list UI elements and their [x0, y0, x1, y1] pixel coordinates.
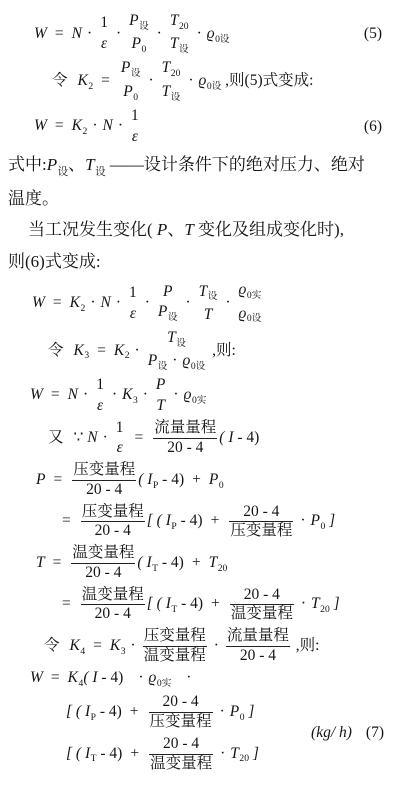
- fraction-denominator: 20 - 4: [84, 565, 122, 582]
- operator: =: [53, 554, 62, 571]
- subscripted-symbol: IT: [166, 595, 178, 612]
- symbol-base: I: [146, 554, 151, 571]
- variable: T: [156, 397, 165, 414]
- operator: +: [192, 471, 201, 488]
- fraction-numerator: P设: [120, 60, 142, 79]
- fraction-denominator: ε: [100, 36, 108, 53]
- text: 流量量程: [154, 419, 216, 436]
- fraction-denominator: ε: [131, 129, 139, 146]
- text: 、: [68, 155, 85, 174]
- variable: ε: [97, 397, 103, 414]
- fraction-numerator: T设: [166, 330, 187, 349]
- fraction: 流量量程20 - 4: [153, 420, 217, 456]
- subscripted-symbol: T设: [199, 283, 218, 300]
- operator: +: [130, 703, 139, 720]
- line-tokens: W=K2·N·1ε·PP设·T设T·ϱ0实ϱ0设: [32, 294, 264, 311]
- text: 20 - 4: [162, 693, 198, 710]
- bracket-row: [ ( IT - 4)+20 - 4温变量程·T20 ]: [66, 736, 259, 772]
- line-tokens: W=N·1ε·K3·PT·ϱ0实: [30, 386, 206, 403]
- subscripted-symbol: K2: [72, 117, 88, 134]
- variable: (: [138, 471, 147, 488]
- text: 温变量程: [150, 755, 212, 772]
- variable: ( I: [83, 669, 97, 686]
- equation-t: T=温变量程20 - 4( IT - 4)+T20: [8, 545, 386, 581]
- text: 压变量程: [230, 522, 292, 539]
- symbol-base: T: [230, 745, 239, 762]
- equation-7-brackets: [ ( IP - 4)+20 - 4压变量程·P0 ][ ( IT - 4)+2…: [8, 694, 386, 772]
- text: ——设计条件下的绝对压力、绝对: [106, 155, 365, 174]
- subscripted-symbol: IP: [166, 512, 177, 529]
- symbol-base: T: [170, 35, 179, 52]
- equation-6: W=K2·N·1ε(6): [8, 108, 386, 145]
- subscripted-symbol: K2: [78, 72, 94, 89]
- multiply-dot-icon: ·: [188, 72, 193, 89]
- fraction-denominator: 温变量程: [149, 756, 213, 773]
- symbol-base: P: [132, 35, 141, 52]
- line-tokens: W=K4( I - 4)·ϱ0实·: [30, 669, 196, 686]
- multiply-dot-icon: ·: [116, 25, 121, 42]
- symbol-subscript: 4: [80, 646, 85, 657]
- text: 温变量程: [144, 647, 206, 664]
- symbol-base: ϱ: [149, 669, 157, 686]
- symbol-base: T: [311, 595, 320, 612]
- subscripted-symbol: K4: [70, 637, 86, 654]
- text: 令: [44, 637, 60, 654]
- text: - 4): [234, 429, 260, 446]
- fraction: T20T设: [161, 60, 182, 102]
- symbol-base: K: [110, 637, 120, 654]
- fraction-denominator: P设·ϱ0设: [147, 353, 207, 372]
- define-k3: 令K3=K2·T设P设·ϱ0设 ,则:: [8, 330, 386, 372]
- fraction-denominator: 温变量程: [143, 648, 207, 665]
- equation-7-head: W=K4( I - 4)·ϱ0实·: [8, 669, 386, 689]
- multiply-dot-icon: ·: [148, 72, 153, 89]
- equation-w-expanded: W=K2·N·1ε·PP设·T设T·ϱ0实ϱ0设: [8, 282, 386, 324]
- text: 压变量程: [82, 503, 144, 520]
- text: 20 - 4: [85, 564, 121, 581]
- subscripted-symbol: P0: [209, 471, 224, 488]
- fraction: 1ε: [95, 377, 105, 414]
- multiply-dot-icon: ·: [220, 745, 225, 762]
- multiply-dot-icon: ·: [214, 637, 219, 654]
- symbol-base: P: [129, 12, 138, 29]
- text: - 4): [96, 703, 122, 720]
- line-tokens: 则(6)式变成:: [8, 252, 101, 271]
- operator: =: [62, 595, 71, 612]
- symbol-base: T: [162, 59, 171, 76]
- variable: N: [72, 25, 82, 42]
- symbol-base: P: [158, 303, 167, 320]
- variable: P: [163, 283, 172, 300]
- text: 1: [131, 107, 139, 124]
- fraction: 20 - 4温变量程: [149, 736, 213, 772]
- subscripted-symbol: ϱ0实: [149, 669, 172, 686]
- variable: N: [102, 117, 112, 134]
- fraction-numerator: 1: [128, 285, 138, 302]
- symbol-subscript: 3: [84, 350, 89, 361]
- symbol-subscript: 3: [121, 646, 126, 657]
- symbol-base: K: [72, 117, 82, 134]
- multiply-dot-icon: ·: [185, 294, 190, 311]
- fraction-denominator: T设: [161, 84, 182, 103]
- text: 20 - 4: [244, 586, 280, 603]
- subscripted-symbol: T设: [85, 155, 106, 174]
- operator: =: [53, 294, 62, 311]
- fraction-numerator: 压变量程: [81, 504, 145, 521]
- symbol-subscript: 20: [239, 753, 249, 764]
- text: 流量量程: [227, 627, 289, 644]
- subscripted-symbol: K2: [114, 342, 130, 359]
- fraction: 温变量程20 - 4: [81, 587, 145, 623]
- equation-t-expanded: =温变量程20 - 4[ ( IT - 4)+20 - 4温变量程·T20 ]: [8, 587, 386, 623]
- text: 20 - 4: [167, 439, 203, 456]
- fraction: T设P设·ϱ0设: [147, 330, 207, 372]
- subscripted-symbol: ϱ0设: [239, 305, 262, 322]
- symbol-base: K: [122, 386, 132, 403]
- fraction: PT: [155, 377, 166, 414]
- symbol-base: I: [85, 703, 90, 720]
- fraction: ϱ0实ϱ0设: [238, 282, 263, 324]
- text: 则(6)式变成:: [8, 252, 101, 271]
- symbol-subscript: 设: [131, 68, 141, 79]
- symbol-subscript: 设: [208, 291, 218, 302]
- text: ,则(5)式变成:: [221, 72, 313, 89]
- fraction-numerator: P: [155, 377, 166, 394]
- fraction-numerator: 1: [130, 108, 140, 125]
- multiply-dot-icon: ·: [103, 429, 108, 446]
- variable: ]: [330, 595, 340, 612]
- variable: ε: [130, 305, 136, 322]
- multiply-dot-icon: ·: [87, 25, 92, 42]
- fraction: 1ε: [115, 420, 125, 457]
- subscripted-symbol: K3: [122, 386, 138, 403]
- symbol-base: ϱ: [182, 352, 190, 369]
- subscripted-symbol: P0: [311, 512, 326, 529]
- symbol-subscript: 0设: [215, 34, 229, 45]
- fraction-numerator: 1: [115, 420, 125, 437]
- subscripted-symbol: T20: [209, 554, 228, 571]
- fraction: T20T设: [169, 13, 190, 55]
- variable: W: [34, 117, 47, 134]
- fraction-numerator: T20: [169, 13, 190, 32]
- text: 温变量程: [231, 605, 293, 622]
- symbol-subscript: 0设: [247, 313, 261, 324]
- fraction-numerator: 压变量程: [72, 462, 136, 479]
- text: 令: [48, 342, 64, 359]
- operator: +: [211, 512, 220, 529]
- text: 令: [52, 72, 68, 89]
- operator: +: [211, 595, 220, 612]
- equation-number: (5): [364, 25, 382, 43]
- equation-w-k3: W=N·1ε·K3·PT·ϱ0实: [8, 377, 386, 414]
- symbol-subscript: 3: [133, 395, 138, 406]
- symbol-subscript: 设: [95, 167, 106, 178]
- unit-label: (kg/ h): [311, 724, 352, 742]
- multiply-dot-icon: ·: [172, 352, 177, 369]
- symbol-base: K: [78, 72, 88, 89]
- variable: [ (: [147, 512, 166, 529]
- fraction-denominator: T: [155, 398, 166, 415]
- variable: [ (: [147, 595, 166, 612]
- multiply-dot-icon: ·: [131, 637, 136, 654]
- line-tokens: 又∵ N·1ε=流量量程20 - 4( I - 4): [48, 429, 259, 446]
- fraction-denominator: ε: [116, 440, 124, 457]
- fraction: 温变量程20 - 4: [71, 545, 135, 581]
- symbol-base: T: [209, 554, 218, 571]
- bracket-row: [ ( IP - 4)+20 - 4压变量程·P0 ]: [66, 694, 259, 730]
- define-k4: 令K4=K3·压变量程温变量程·流量量程20 - 4 ,则:: [8, 628, 386, 664]
- text: 压变量程: [73, 461, 135, 478]
- operator: =: [97, 342, 106, 359]
- symbol-base: T: [162, 83, 171, 100]
- symbol-subscript: 设: [58, 167, 69, 178]
- line-tokens: =温变量程20 - 4[ ( IT - 4)+20 - 4温变量程·T20 ]: [54, 595, 340, 612]
- text: 20 - 4: [95, 522, 131, 539]
- operator: +: [192, 554, 201, 571]
- variable: W: [34, 25, 47, 42]
- operator: =: [51, 669, 60, 686]
- fraction-numerator: 流量量程: [226, 628, 290, 645]
- symbol-base: K: [74, 342, 84, 359]
- subscripted-symbol: P设: [148, 352, 168, 369]
- symbol-subscript: 0实: [157, 678, 171, 689]
- text: 式中:: [8, 155, 47, 174]
- line-tokens: W=N·1ε·P设P0·T20T设·ϱ0设: [34, 25, 230, 42]
- line-tokens: 令K3=K2·T设P设·ϱ0设 ,则:: [48, 342, 236, 359]
- subscripted-symbol: K3: [74, 342, 90, 359]
- text: 当工况发生变化(: [28, 220, 157, 239]
- subscripted-symbol: T20: [170, 12, 189, 29]
- subscripted-symbol: T设: [170, 35, 189, 52]
- identity-n-epsilon: 又∵ N·1ε=流量量程20 - 4( I - 4): [8, 420, 386, 457]
- fraction-numerator: 压变量程: [143, 628, 207, 645]
- fraction: 压变量程20 - 4: [72, 462, 136, 498]
- variable: T: [184, 220, 193, 239]
- text: ,则:: [292, 637, 320, 654]
- operator: =: [53, 471, 62, 488]
- define-k2: 令K2=P设P0·T20T设·ϱ0设 ,则(5)式变成:: [8, 60, 386, 102]
- multiply-dot-icon: ·: [301, 595, 306, 612]
- symbol-subscript: 0: [141, 44, 146, 55]
- text: 又: [48, 429, 64, 446]
- text: 1: [129, 284, 137, 301]
- line-tokens: 令K4=K3·压变量程温变量程·流量量程20 - 4 ,则:: [44, 637, 319, 654]
- subscripted-symbol: T设: [167, 329, 186, 346]
- text: 20 - 4: [243, 503, 279, 520]
- multiply-dot-icon: ·: [83, 386, 88, 403]
- multiply-dot-icon: ·: [92, 117, 97, 134]
- fraction-numerator: 温变量程: [71, 545, 135, 562]
- symbol-subscript: 设: [176, 338, 186, 349]
- fraction-denominator: P设: [157, 304, 179, 323]
- multiply-dot-icon: ·: [143, 386, 148, 403]
- variable: ε: [101, 35, 107, 52]
- multiply-dot-icon: ·: [225, 294, 230, 311]
- para-line-1: 当工况发生变化( P、T 变化及组成变化时),: [8, 215, 386, 246]
- fraction: 20 - 4压变量程: [149, 694, 213, 730]
- fraction: 1ε: [128, 285, 138, 322]
- symbol-base: ϱ: [207, 25, 215, 42]
- symbol-subscript: 20: [218, 563, 228, 574]
- fraction-denominator: 20 - 4: [94, 606, 132, 623]
- line-tokens: 令K2=P设P0·T20T设·ϱ0设 ,则(5)式变成:: [52, 72, 313, 89]
- fraction-denominator: ϱ0设: [238, 306, 263, 325]
- fraction-numerator: 20 - 4: [162, 736, 200, 753]
- fraction-denominator: 20 - 4: [166, 440, 204, 457]
- fraction-denominator: 20 - 4: [85, 482, 123, 499]
- multiply-dot-icon: ·: [220, 703, 225, 720]
- fraction-denominator: 温变量程: [230, 606, 294, 623]
- fraction-numerator: 流量量程: [153, 420, 217, 437]
- variable: N: [68, 386, 78, 403]
- subscripted-symbol: P设: [129, 12, 149, 29]
- subscripted-symbol: T设: [162, 83, 181, 100]
- subscripted-symbol: IP: [147, 471, 158, 488]
- subscripted-symbol: P设: [121, 59, 141, 76]
- symbol-base: I: [85, 745, 90, 762]
- text: - 4): [97, 745, 123, 762]
- multiply-dot-icon: ·: [118, 117, 123, 134]
- multiply-dot-icon: ·: [138, 669, 143, 686]
- variable: ε: [117, 439, 123, 456]
- operator: +: [130, 745, 139, 762]
- variable: T: [204, 306, 213, 323]
- equation-number: (6): [364, 118, 382, 136]
- fraction-numerator: ϱ0实: [238, 282, 263, 301]
- fraction: 1ε: [130, 108, 140, 145]
- subscripted-symbol: IT: [85, 745, 97, 762]
- operator: =: [51, 386, 60, 403]
- variable: P: [157, 220, 167, 239]
- subscripted-symbol: IT: [146, 554, 158, 571]
- text: 压变量程: [144, 627, 206, 644]
- subscripted-symbol: ϱ0设: [182, 352, 205, 369]
- text: 温变量程: [72, 544, 134, 561]
- subscripted-symbol: IP: [85, 703, 96, 720]
- variable: [ (: [66, 745, 85, 762]
- fraction-numerator: 温变量程: [81, 587, 145, 604]
- symbol-base: K: [114, 342, 124, 359]
- text: 1: [96, 376, 104, 393]
- fraction: PP设: [157, 284, 179, 324]
- subscripted-symbol: ϱ0实: [239, 281, 262, 298]
- fraction-numerator: 1: [99, 15, 109, 32]
- unit-and-number: (kg/ h)(7): [311, 724, 384, 742]
- symbol-subscript: 2: [83, 126, 88, 137]
- fraction-denominator: 20 - 4: [94, 523, 132, 540]
- subscripted-symbol: K3: [110, 637, 126, 654]
- fraction: 20 - 4压变量程: [229, 504, 293, 540]
- symbol-base: P: [230, 703, 239, 720]
- symbol-base: K: [70, 637, 80, 654]
- line-tokens: T=温变量程20 - 4( IT - 4)+T20: [36, 554, 227, 571]
- multiply-dot-icon: ·: [112, 386, 117, 403]
- text: 20 - 4: [86, 481, 122, 498]
- symbol-subscript: 设: [139, 21, 149, 32]
- fraction-numerator: P设: [128, 13, 150, 32]
- text: 20 - 4: [240, 647, 276, 664]
- multiply-dot-icon: ·: [173, 386, 178, 403]
- symbol-subscript: 设: [158, 361, 168, 372]
- line-tokens: =压变量程20 - 4[ ( IP - 4)+20 - 4压变量程·P0 ]: [54, 512, 335, 529]
- multiply-dot-icon: ·: [157, 25, 162, 42]
- text: 温变量程: [82, 586, 144, 603]
- subscripted-symbol: K2: [70, 294, 86, 311]
- equation-area: W=N·1ε·P设P0·T20T设·ϱ0设(5)令K2=P设P0·T20T设·ϱ…: [8, 13, 386, 772]
- para-line-2: 则(6)式变成:: [8, 247, 386, 278]
- symbol-subscript: 0实: [192, 395, 206, 406]
- symbol-subscript: 0: [133, 92, 138, 103]
- line-tokens: 式中:P设、T设 ——设计条件下的绝对压力、绝对: [8, 155, 365, 174]
- fraction: 20 - 4温变量程: [230, 587, 294, 623]
- line-tokens: 当工况发生变化( P、T 变化及组成变化时),: [28, 220, 344, 239]
- fraction-numerator: P: [162, 284, 173, 301]
- text: 1: [116, 419, 124, 436]
- text: 温度。: [8, 189, 59, 208]
- subscripted-symbol: ϱ0实: [184, 386, 207, 403]
- variable: [ (: [66, 703, 85, 720]
- symbol-base: P: [47, 155, 57, 174]
- operator: =: [135, 429, 144, 446]
- line-tokens: 温度。: [8, 189, 59, 208]
- symbol-subscript: 2: [88, 81, 93, 92]
- symbol-subscript: 设: [168, 312, 178, 323]
- fraction: 1ε: [99, 15, 109, 52]
- text: ∵: [74, 429, 88, 446]
- symbol-base: P: [121, 59, 130, 76]
- symbol-base: K: [70, 294, 80, 311]
- symbol-subscript: 0实: [247, 290, 261, 301]
- subscripted-symbol: P设: [47, 155, 68, 174]
- fraction: 流量量程20 - 4: [226, 628, 290, 664]
- fraction-numerator: 20 - 4: [161, 694, 199, 711]
- variable: W: [30, 669, 43, 686]
- equation-5: W=N·1ε·P设P0·T20T设·ϱ0设(5): [8, 13, 386, 55]
- symbol-subscript: 20: [320, 604, 330, 615]
- multiply-dot-icon: ·: [90, 294, 95, 311]
- subscripted-symbol: P0: [230, 703, 245, 720]
- equation-7-rows: [ ( IP - 4)+20 - 4压变量程·P0 ][ ( IT - 4)+2…: [66, 694, 259, 772]
- symbol-subscript: 2: [81, 303, 86, 314]
- note-line-2: 温度。: [8, 184, 386, 215]
- symbol-base: T: [85, 155, 94, 174]
- symbol-base: T: [199, 283, 208, 300]
- equation-number: (7): [366, 724, 384, 742]
- symbol-subscript: 0设: [207, 81, 221, 92]
- fraction-denominator: T: [203, 307, 214, 324]
- operator: =: [93, 637, 102, 654]
- text: 压变量程: [150, 713, 212, 730]
- line-tokens: P=压变量程20 - 4( IP - 4)+P0: [36, 471, 224, 488]
- operator: =: [101, 72, 110, 89]
- symbol-base: ϱ: [239, 305, 247, 322]
- fraction: P设P0: [120, 60, 142, 102]
- symbol-base: K: [68, 669, 78, 686]
- multiply-dot-icon: ·: [135, 342, 140, 359]
- fraction-numerator: 20 - 4: [242, 504, 280, 521]
- fraction-numerator: 1: [95, 377, 105, 394]
- fraction-numerator: T设: [198, 284, 219, 303]
- text: - 4): [158, 554, 184, 571]
- symbol-base: ϱ: [184, 386, 192, 403]
- subscripted-symbol: P0: [123, 83, 138, 100]
- multiply-dot-icon: ·: [186, 669, 191, 686]
- subscripted-symbol: K4: [68, 669, 84, 686]
- symbol-subscript: 20: [179, 21, 189, 32]
- fraction-numerator: T20: [161, 60, 182, 79]
- text: 20 - 4: [163, 735, 199, 752]
- fraction: 压变量程温变量程: [143, 628, 207, 664]
